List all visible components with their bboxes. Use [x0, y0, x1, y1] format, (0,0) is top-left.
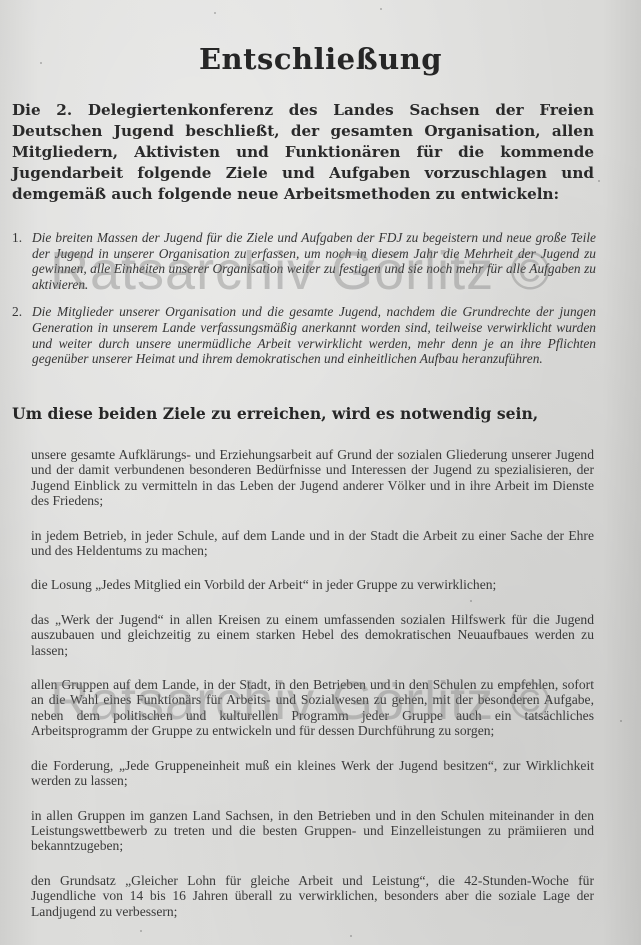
- task-item: in jedem Betrieb, in jeder Schule, auf d…: [31, 528, 594, 559]
- document-title: Entschließung: [0, 42, 641, 76]
- goal-number: 2.: [12, 304, 22, 320]
- paper-speck: [140, 930, 142, 932]
- intro-paragraph: Die 2. Delegiertenkonferenz des Landes S…: [12, 100, 594, 205]
- goals-list: 1. Die breiten Massen der Jugend für die…: [12, 230, 596, 379]
- task-item: das „Werk der Jugend“ in allen Kreisen z…: [31, 612, 594, 658]
- task-item: unsere gesamte Aufklärungs- und Erziehun…: [31, 447, 594, 509]
- task-item: den Grundsatz „Gleicher Lohn für gleiche…: [31, 873, 594, 919]
- task-item: die Forderung, „Jede Gruppeneinheit muß …: [31, 758, 594, 789]
- paper-speck: [40, 62, 42, 64]
- goal-number: 1.: [12, 230, 22, 246]
- section-subheading: Um diese beiden Ziele zu erreichen, wird…: [12, 404, 612, 423]
- scanned-document-page: Entschließung Die 2. Delegiertenkonferen…: [0, 0, 641, 945]
- tasks-list: unsere gesamte Aufklärungs- und Erziehun…: [31, 447, 594, 938]
- paper-speck: [380, 8, 382, 10]
- paper-speck: [214, 12, 216, 14]
- goal-item: 1. Die breiten Massen der Jugend für die…: [12, 230, 596, 292]
- paper-speck: [470, 600, 472, 602]
- goal-item: 2. Die Mitglieder unserer Organisation u…: [12, 304, 596, 366]
- task-item: in allen Gruppen im ganzen Land Sachsen,…: [31, 808, 594, 854]
- paper-speck: [598, 180, 600, 182]
- task-item: die Losung „Jedes Mitglied ein Vorbild d…: [31, 577, 594, 592]
- task-item: allen Gruppen auf dem Lande, in der Stad…: [31, 677, 594, 739]
- goal-text: Die breiten Massen der Jugend für die Zi…: [32, 230, 596, 292]
- goal-text: Die Mitglieder unserer Organisation und …: [32, 304, 596, 366]
- paper-speck: [350, 935, 352, 937]
- paper-speck: [620, 720, 622, 722]
